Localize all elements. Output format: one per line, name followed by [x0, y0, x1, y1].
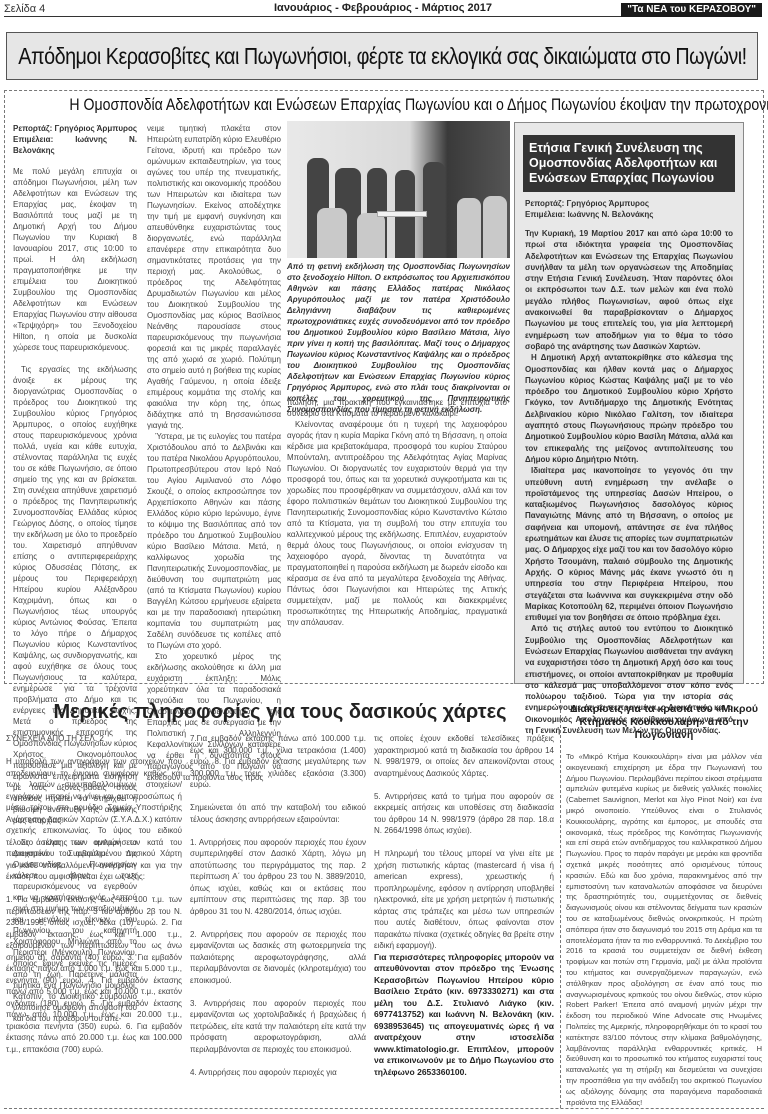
- photo-dancer: [357, 213, 385, 258]
- article-column-2: 7.Για εμβαδόν έκτασης πάνω από 100.000 τ…: [190, 733, 366, 1090]
- column-divider: [560, 700, 561, 1108]
- page-bottom-divider: [4, 1108, 764, 1109]
- exemption-item: 4. Αντιρρήσεις που αφορούν περιοχές για: [190, 1067, 366, 1079]
- contact-info: Για περισσότερες πληροφορίες μπορούν να …: [374, 952, 554, 1079]
- exemption-item: τις οποίες έχουν εκδοθεί τελεσίδικες πρά…: [374, 733, 554, 779]
- article-column-2: νειμε τιμητική πλακέτα στον Ηπειρώτη ευπ…: [147, 123, 281, 794]
- photo-caption: Από τη φετινή εκδήλωση της Ομοσπονδίας Π…: [287, 261, 510, 415]
- byline-editor: Επιμέλεια: Ιωάννης Ν. Βελονάκης: [515, 209, 743, 220]
- paragraph: Με πολύ μεγάλη επιτυχία οι απόδημοι Πωγω…: [13, 166, 137, 353]
- photo-dancer: [457, 198, 481, 258]
- paragraph: νειμε τιμητική πλακέτα στον Ηπειρώτη ευπ…: [147, 123, 281, 431]
- page-header: Σελίδα 4 Ιανουάριος - Φεβρουάριος - Μάρτ…: [4, 0, 762, 17]
- fee-list: 7.Για εμβαδόν έκτασης πάνω από 100.000 τ…: [190, 733, 366, 791]
- wine-article-text: Το «Μικρό Κτήμα Κουκκουλάρη» είναι μια μ…: [566, 752, 762, 1108]
- photo-dancer: [483, 196, 507, 258]
- continued-label: ΣΥΝΕΧΕΙΑ ΑΠΟ ΤΗ ΣΕΛ. 2: [6, 733, 182, 745]
- photo-figure: [423, 162, 445, 258]
- paragraph: Η πληρωμή του τέλους μπορεί να γίνει είτ…: [374, 848, 554, 952]
- fee-list: 1. Για εμβαδόν έκτασης έως και 100 τ.μ. …: [6, 894, 182, 1055]
- event-photo: [287, 121, 510, 258]
- article-forest-maps: ΣΥΝΕΧΕΙΑ ΑΠΟ ΤΗ ΣΕΛ. 2 Η υποβολή των αντ…: [4, 733, 556, 1108]
- box-text: Την Κυριακή, 19 Μαρτίου 2017 και από ώρα…: [515, 228, 743, 736]
- banner-headline-box: Απόδημοι Κερασοβίτες και Πωγωνήσιοι, φέρ…: [6, 32, 758, 80]
- paragraph: Ύστερα, με τις ευλογίες του πατέρα Χριστ…: [147, 431, 281, 651]
- article-title: Η Ομοσπονδία Αδελφοτήτων και Ενώσεων Επα…: [69, 95, 698, 115]
- newspaper-brand: "Τα ΝΕΑ του ΚΕΡΑΣΟΒΟΥ": [621, 3, 762, 17]
- article-column-3: τις οποίες έχουν εκδοθεί τελεσίδικες πρά…: [374, 733, 554, 1090]
- photo-table: [377, 211, 427, 217]
- article-column-3: πώληση, μια πρακτική που εγκαινιάστηκε μ…: [287, 397, 507, 639]
- general-assembly-box: Ετήσια Γενική Συνέλευση της Ομοσπονδίας …: [514, 122, 744, 684]
- box-title: Ετήσια Γενική Συνέλευση της Ομοσπονδίας …: [523, 135, 735, 192]
- exemption-item: 3. Αντιρρήσεις που αφορούν περιοχές που …: [190, 998, 366, 1056]
- photo-dancer: [317, 208, 347, 258]
- article-column-1: ΣΥΝΕΧΕΙΑ ΑΠΟ ΤΗ ΣΕΛ. 2 Η υποβολή των αντ…: [6, 733, 182, 1067]
- exemption-item: 2. Αντιρρήσεις που αφορούν σε περιοχές π…: [190, 929, 366, 987]
- paragraph: Η υποβολή των αντιγράφων των στοιχείων π…: [6, 756, 182, 883]
- byline-reporter: Ρεπορτάζ: Γρηγόριος Άρμπυρος: [13, 123, 137, 134]
- exemption-item: 1. Αντιρρήσεις που αφορούν περιοχές που …: [190, 837, 366, 918]
- banner-headline: Απόδημοι Κερασοβίτες και Πωγωνήσιοι, φέρ…: [18, 43, 746, 70]
- paragraph: Κλείνοντας αναφέρουμε ότι η τυχερή της λ…: [287, 419, 507, 628]
- paragraph: Την Κυριακή, 19 Μαρτίου 2017 και από ώρα…: [525, 228, 733, 352]
- forest-article-title: Μερικές πληροφορίες για τους δασικούς χά…: [0, 701, 560, 724]
- paragraph: Σημειώνεται ότι από την καταβολή του ειδ…: [190, 802, 366, 825]
- byline-editor: Επιμέλεια: Ιωάννης Ν. Βελονάκης: [13, 134, 137, 156]
- paragraph: Ιδιαίτερα μας ικανοποίησε το γεγονός ότι…: [525, 465, 733, 623]
- paragraph: Η Δημοτική Αρχή ανταποκρίθηκε στο κάλεσμ…: [525, 352, 733, 465]
- exemption-item: 5. Αντιρρήσεις κατά το τμήμα που αφορούν…: [374, 791, 554, 837]
- byline-reporter: Ρεπορτάζ: Γρηγόριος Άρμπυρος: [515, 198, 743, 209]
- wine-article-title: Διακρίσεις για τα κρασιά του «Μικρού Κτή…: [566, 703, 762, 742]
- paragraph: πώληση, μια πρακτική που εγκαινιάστηκε μ…: [287, 397, 507, 419]
